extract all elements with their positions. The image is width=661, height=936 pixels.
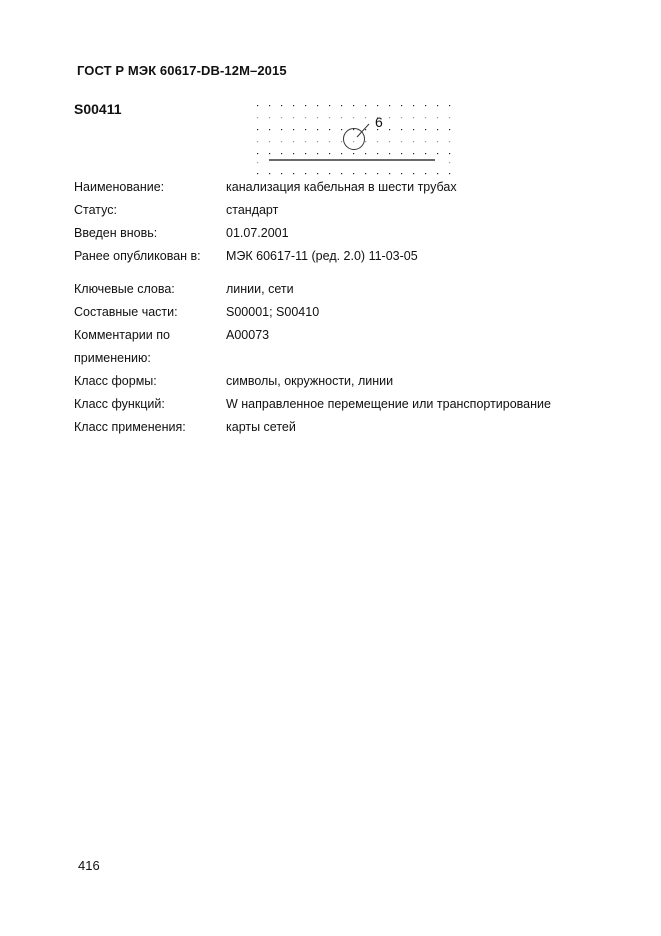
cable-duct-symbol-icon: 6 xyxy=(250,98,455,180)
field-label: Наименование: xyxy=(74,180,226,194)
symbol-code: S00411 xyxy=(74,101,122,117)
symbol-figure: 6 xyxy=(250,98,455,180)
field-value: канализация кабельная в шести трубах xyxy=(226,180,457,194)
field-value: карты сетей xyxy=(226,420,296,434)
field-value: A00073 xyxy=(226,328,269,342)
field-label: Класс формы: xyxy=(74,374,226,388)
field-label: Ключевые слова: xyxy=(74,282,226,296)
field-value: стандарт xyxy=(226,203,278,217)
field-label: Составные части: xyxy=(74,305,226,319)
field-label: Введен вновь: xyxy=(74,226,226,240)
field-value: МЭК 60617-11 (ред. 2.0) 11-03-05 xyxy=(226,249,418,263)
document-header: ГОСТ Р МЭК 60617-DB-12M–2015 xyxy=(77,63,287,78)
field-label: Ранее опубликован в: xyxy=(74,249,226,263)
field-label: Класс применения: xyxy=(74,420,226,434)
field-value: 01.07.2001 xyxy=(226,226,289,240)
page-number: 416 xyxy=(78,858,100,873)
field-value: S00001; S00410 xyxy=(226,305,319,319)
field-label: Класс функций: xyxy=(74,397,226,411)
field-label: применению: xyxy=(74,351,226,365)
field-value: W направленное перемещение или транспорт… xyxy=(226,397,551,411)
field-label: Статус: xyxy=(74,203,226,217)
figure-label: 6 xyxy=(375,114,383,130)
field-label: Комментарии по xyxy=(74,328,226,342)
field-value: символы, окружности, линии xyxy=(226,374,393,388)
field-value: линии, сети xyxy=(226,282,294,296)
